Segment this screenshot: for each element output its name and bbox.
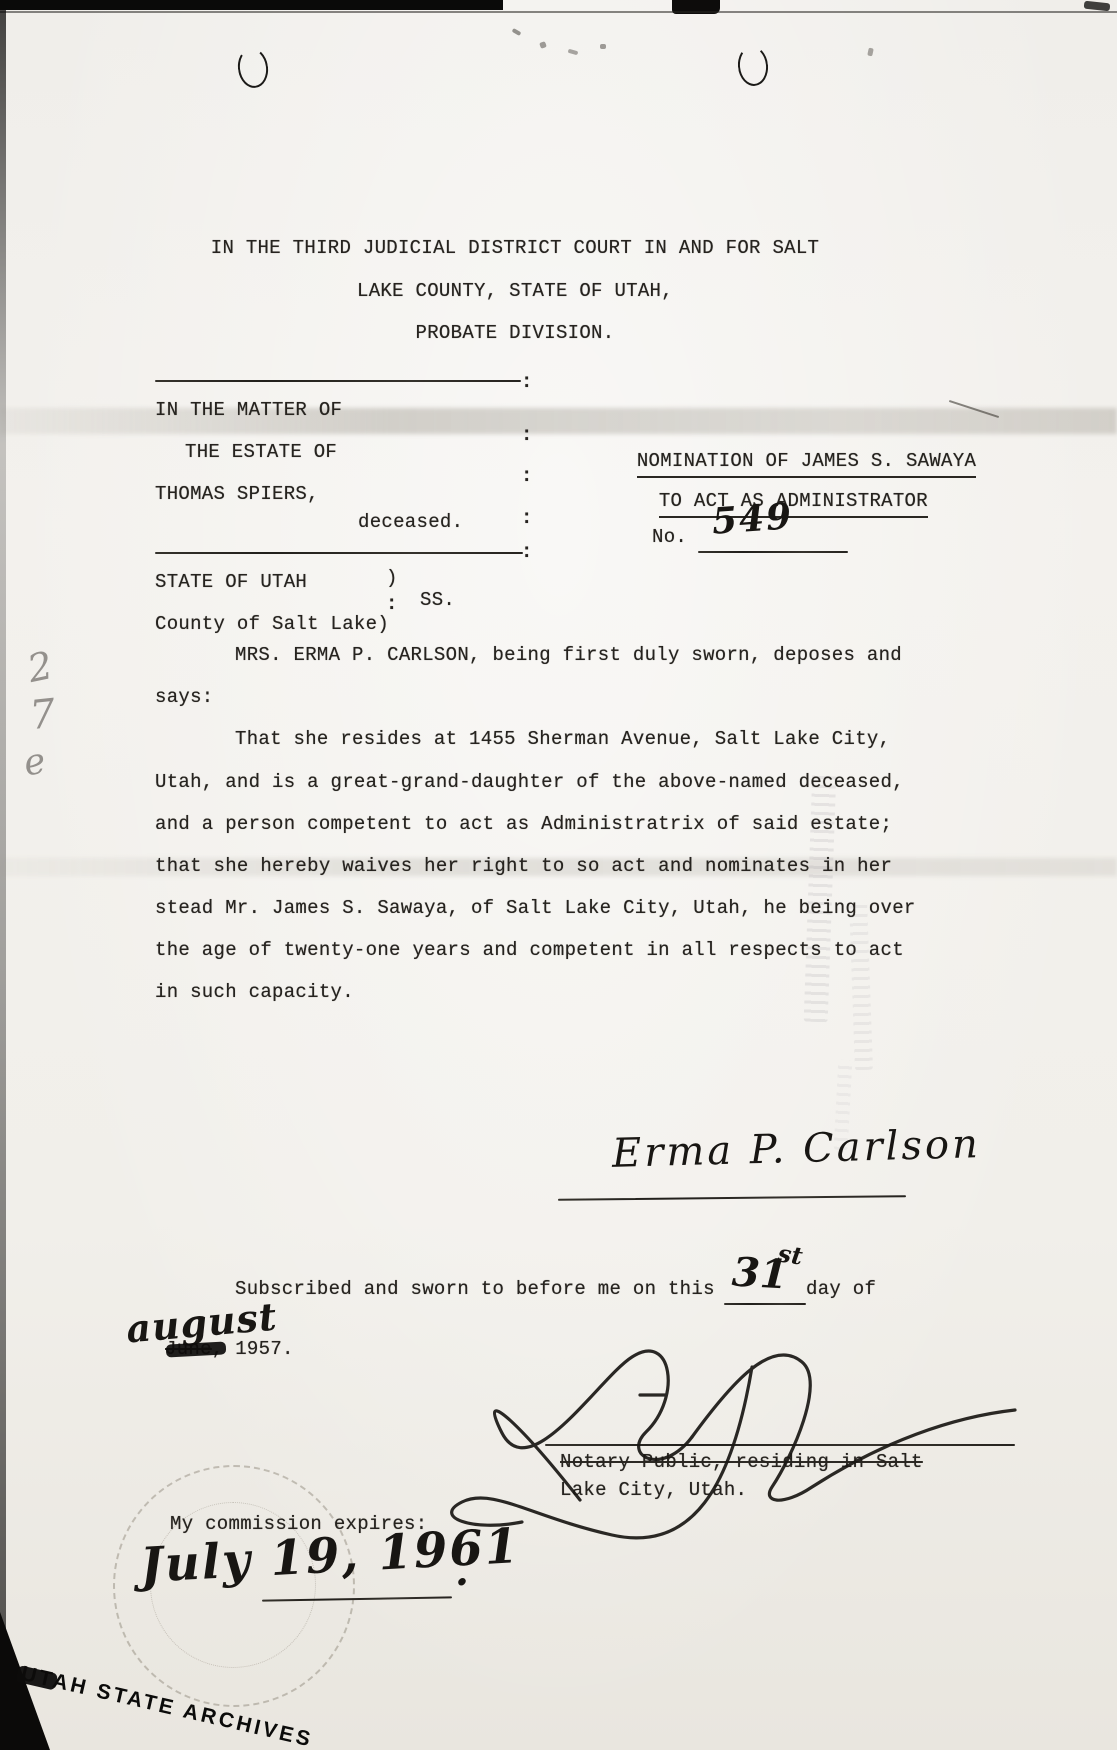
pencil-margin-mark-3: e bbox=[21, 740, 49, 784]
scan-artifact-top-edge-line bbox=[0, 11, 1117, 13]
party-name: THOMAS SPIERS, bbox=[155, 482, 319, 506]
venue-ss: SS. bbox=[420, 588, 455, 612]
caption-colon-5: : bbox=[521, 540, 533, 564]
court-header-line-2: LAKE COUNTY, STATE OF UTAH, bbox=[115, 279, 915, 303]
scan-smudge-5 bbox=[867, 48, 874, 57]
scan-smudge-1 bbox=[512, 28, 522, 36]
affiant-signature-underline bbox=[558, 1195, 906, 1200]
archives-stamp: UTAH STATE ARCHIVES bbox=[19, 1662, 316, 1750]
body-line-7: in such capacity. bbox=[155, 980, 354, 1004]
pencil-margin-mark-1: 2 bbox=[24, 643, 57, 691]
court-header-line-1: IN THE THIRD JUDICIAL DISTRICT COURT IN … bbox=[115, 236, 915, 260]
caption-estate-line: THE ESTATE OF bbox=[185, 440, 337, 464]
caption-colon-1: : bbox=[521, 370, 533, 394]
affiant-signature: Erma P. Carlson bbox=[611, 1121, 981, 1177]
scan-smudge-3 bbox=[568, 49, 579, 55]
commission-date-underline bbox=[262, 1596, 452, 1601]
scan-artifact-top-band bbox=[0, 0, 503, 10]
scan-smudge-4 bbox=[600, 44, 606, 49]
court-header-line-3: PROBATE DIVISION. bbox=[115, 321, 915, 345]
body-line-6: the age of twenty-one years and competen… bbox=[155, 938, 904, 962]
caption-deceased-line: deceased. bbox=[358, 510, 463, 534]
caption-matter-line: IN THE MATTER OF bbox=[155, 398, 342, 422]
scan-smudge-2 bbox=[539, 41, 547, 49]
caption-colon-2: : bbox=[521, 423, 533, 447]
scan-artifact-left-edge bbox=[0, 10, 6, 1750]
body-opening-line-1: MRS. ERMA P. CARLSON, being first duly s… bbox=[235, 643, 902, 667]
venue-state: STATE OF UTAH bbox=[155, 570, 307, 594]
venue-county: County of Salt Lake) bbox=[155, 612, 389, 636]
jurat-line-post: day of bbox=[806, 1277, 876, 1301]
scan-artifact-diagonal-scratch bbox=[949, 400, 999, 418]
notary-signature-scrawl bbox=[430, 1335, 1050, 1565]
scan-artifact-top-right-mark bbox=[1084, 1, 1111, 12]
commission-date-period: . bbox=[455, 1548, 469, 1595]
scanned-court-document: 2 7 e IN THE THIRD JUDICIAL DISTRICT COU… bbox=[0, 0, 1117, 1750]
document-title-line-2-text: TO ACT AS ADMINISTRATOR bbox=[659, 490, 928, 518]
venue-paren: ) bbox=[386, 566, 398, 590]
jurat-day-suffix: st bbox=[776, 1238, 804, 1270]
punch-hole-left-icon bbox=[235, 46, 270, 90]
case-number-value: 549 bbox=[711, 495, 795, 543]
case-number-underline bbox=[698, 551, 848, 553]
archives-stamp-text: UTAH STATE ARCHIVES bbox=[19, 1662, 315, 1750]
body-line-4: that she hereby waives her right to so a… bbox=[155, 854, 892, 878]
body-line-5: stead Mr. James S. Sawaya, of Salt Lake … bbox=[155, 896, 916, 920]
caption-colon-4: : bbox=[521, 506, 533, 530]
case-number-label: No. bbox=[652, 525, 687, 549]
caption-colon-3: : bbox=[521, 464, 533, 488]
caption-rule-top bbox=[155, 380, 521, 382]
body-opening-line-2: says: bbox=[155, 685, 214, 709]
pencil-margin-mark-2: 7 bbox=[28, 691, 58, 739]
body-line-1: That she resides at 1455 Sherman Avenue,… bbox=[235, 727, 890, 751]
jurat-day-underline bbox=[724, 1303, 806, 1305]
punch-hole-right-icon bbox=[736, 45, 770, 88]
caption-rule-bottom bbox=[155, 552, 523, 554]
body-line-3: and a person competent to act as Adminis… bbox=[155, 812, 892, 836]
body-line-2: Utah, and is a great-grand-daughter of t… bbox=[155, 770, 904, 794]
jurat-line-pre: Subscribed and sworn to before me on thi… bbox=[235, 1277, 715, 1301]
faint-stamp-residue-2 bbox=[849, 900, 873, 1071]
